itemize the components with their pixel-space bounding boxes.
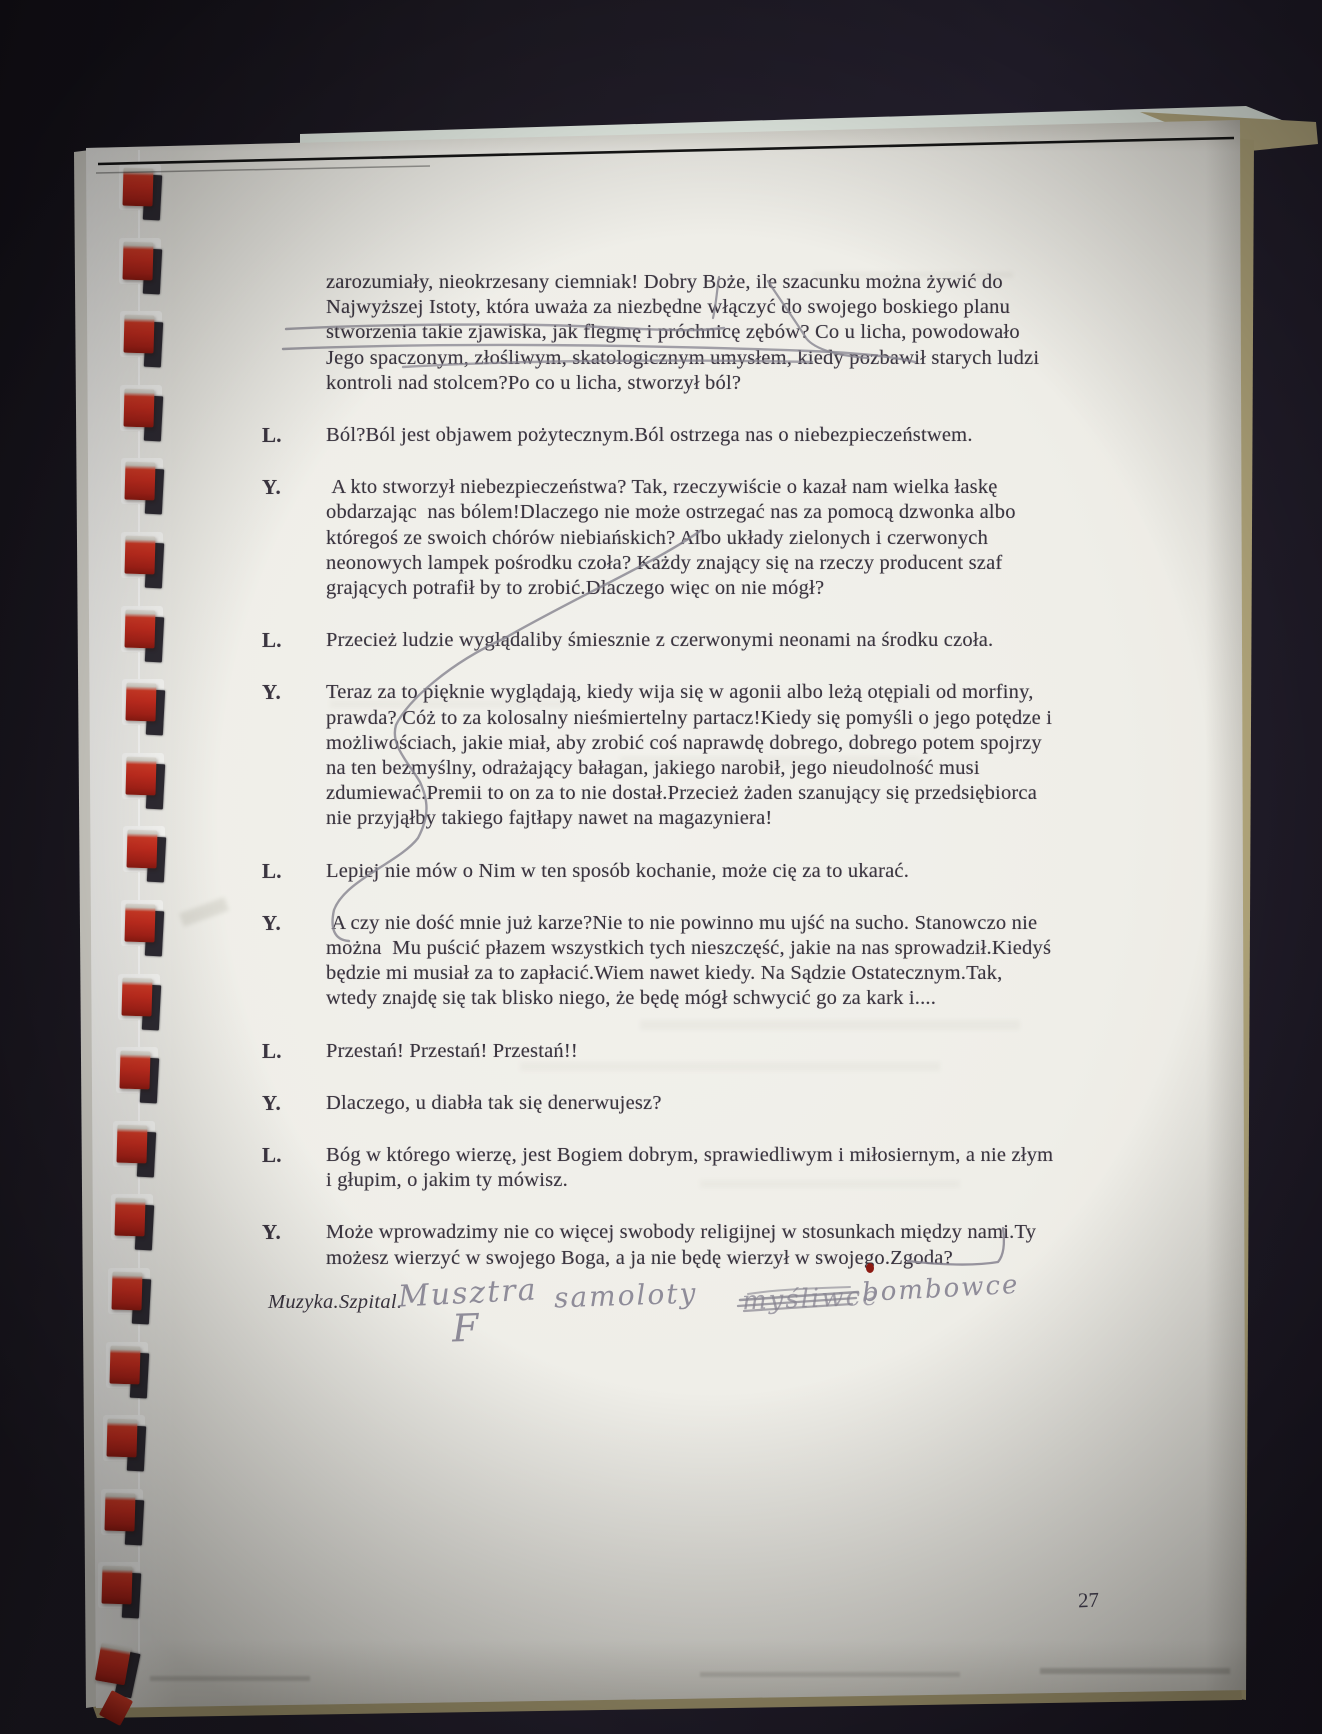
edge-streak [700, 1672, 960, 1677]
dialogue-text: Lepiej nie mów o Nim w ten sposób kochan… [326, 859, 1101, 884]
speaker-label: L. [262, 628, 282, 653]
dialogue-text: Przestań! Przestań! Przestań!! [326, 1039, 1101, 1064]
page-number: 27 [1078, 1588, 1100, 1614]
dialogue-text: Teraz za to pięknie wyglądają, kiedy wij… [326, 680, 1101, 831]
dialogue-column: zarozumiały, nieokrzesany ciemniak! Dobr… [326, 270, 1101, 1298]
speaker-label: L. [262, 423, 282, 448]
dialogue-paragraph: L.Przecież ludzie wyglądaliby śmiesznie … [326, 628, 1101, 653]
dialogue-paragraph: Y. A kto stworzył niebezpieczeństwa? Tak… [326, 475, 1101, 601]
stage-direction: Muzyka.Szpital. [268, 1291, 402, 1314]
dialogue-paragraph: Y.Może wprowadzimy nie co więcej swobody… [326, 1220, 1101, 1270]
dialogue-paragraph: Y. A czy nie dość mnie już karze?Nie to … [326, 911, 1101, 1012]
dialogue-paragraph: L.Ból?Ból jest objawem pożytecznym.Ból o… [326, 423, 1101, 448]
speaker-label: Y. [262, 1220, 281, 1245]
speaker-label: L. [262, 1039, 282, 1064]
dialogue-paragraph: L.Bóg w którego wierzę, jest Bogiem dobr… [326, 1143, 1101, 1193]
edge-streak [1040, 1668, 1230, 1674]
handwritten-letter-f: F [451, 1306, 479, 1351]
page-right-shading [1205, 120, 1247, 1695]
dialogue-text: Może wprowadzimy nie co więcej swobody r… [326, 1220, 1101, 1270]
binding-crease-line [138, 150, 140, 1660]
dialogue-text: Przecież ludzie wyglądaliby śmiesznie z … [326, 628, 1101, 653]
page-bottom-shading [86, 1640, 1246, 1710]
pencil-smudge [179, 897, 229, 927]
dialogue-text: Dlaczego, u diabła tak się denerwujesz? [326, 1091, 1101, 1116]
handwritten-word-samoloty: samoloty [553, 1277, 697, 1315]
dialogue-paragraph: Y.Dlaczego, u diabła tak się denerwujesz… [326, 1091, 1101, 1116]
page-top-shading [86, 118, 1246, 152]
dialogue-paragraph: zarozumiały, nieokrzesany ciemniak! Dobr… [326, 270, 1101, 396]
dialogue-paragraph: L.Lepiej nie mów o Nim w ten sposób koch… [326, 859, 1101, 884]
speaker-label: L. [262, 1143, 282, 1168]
binding-clip-tilted [98, 1645, 158, 1697]
dialogue-text: A kto stworzył niebezpieczeństwa? Tak, r… [326, 475, 1101, 601]
dialogue-text: A czy nie dość mnie już karze?Nie to nie… [326, 911, 1101, 1012]
speaker-label: L. [262, 859, 282, 884]
dialogue-paragraph: L.Przestań! Przestań! Przestań!! [326, 1039, 1101, 1064]
speaker-label: Y. [262, 1091, 281, 1116]
speaker-label: Y. [262, 475, 281, 500]
edge-streak [150, 1676, 310, 1681]
page-left-shading [86, 130, 176, 1710]
handwritten-word-struck: myśliwce [742, 1282, 880, 1317]
scanned-page-scene: zarozumiały, nieokrzesany ciemniak! Dobr… [0, 0, 1322, 1734]
speaker-label: Y. [262, 911, 281, 936]
dialogue-paragraph: Y.Teraz za to pięknie wyglądają, kiedy w… [326, 680, 1101, 831]
speaker-label: Y. [262, 680, 281, 705]
dialogue-text: zarozumiały, nieokrzesany ciemniak! Dobr… [326, 270, 1101, 396]
dialogue-text: Bóg w którego wierzę, jest Bogiem dobrym… [326, 1143, 1101, 1193]
dialogue-text: Ból?Ból jest objawem pożytecznym.Ból ost… [326, 423, 1101, 448]
